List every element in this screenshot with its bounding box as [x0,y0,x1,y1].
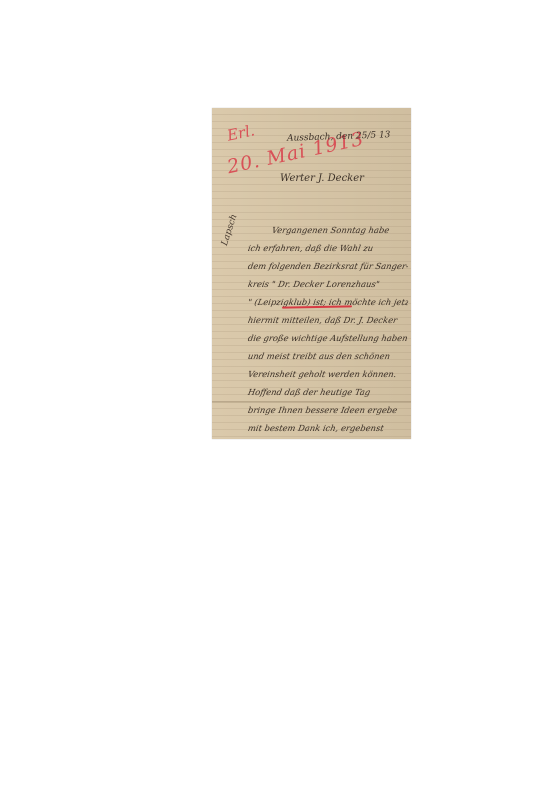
body-line: und meist treibt aus den schönen [246,347,409,365]
letter-body: Vergangenen Sonntag habe ich erfahren, d… [248,221,408,437]
body-line: dem folgenden Bezirksrat für Sanger- [246,257,409,275]
body-line: " (Leipzigklub) ist; ich möchte ich jetz… [246,293,409,311]
body-line: Hoffend daß der heutige Tag [246,383,409,401]
paper-fold-line [212,401,411,403]
letter-page: Erl. 20. Mai 1913 Aussbach, den 25/5 13 … [212,108,411,439]
body-line: mit bestem Dank ich, ergebenst [246,419,409,437]
margin-note: Lapsch [220,213,240,247]
body-line: die große wichtige Aufstellung haben [246,329,409,347]
body-line: ich erfahren, daß die Wahl zu [246,239,409,257]
body-line: kreis " Dr. Decker Lorenzhaus" [246,275,409,293]
red-stamp-annotation: Erl. [225,121,256,144]
body-line: bringe Ihnen bessere Ideen ergebe [246,401,409,419]
body-line: Vergangenen Sonntag habe [246,221,409,239]
letter-salutation: Werter J. Decker [280,173,364,184]
letter-place-date: Aussbach, den 25/5 13 [287,130,391,144]
body-line: Vereinsheit geholt werden können. [246,365,409,383]
body-line: hiermit mitteilen, daß Dr. J. Decker [246,311,409,329]
